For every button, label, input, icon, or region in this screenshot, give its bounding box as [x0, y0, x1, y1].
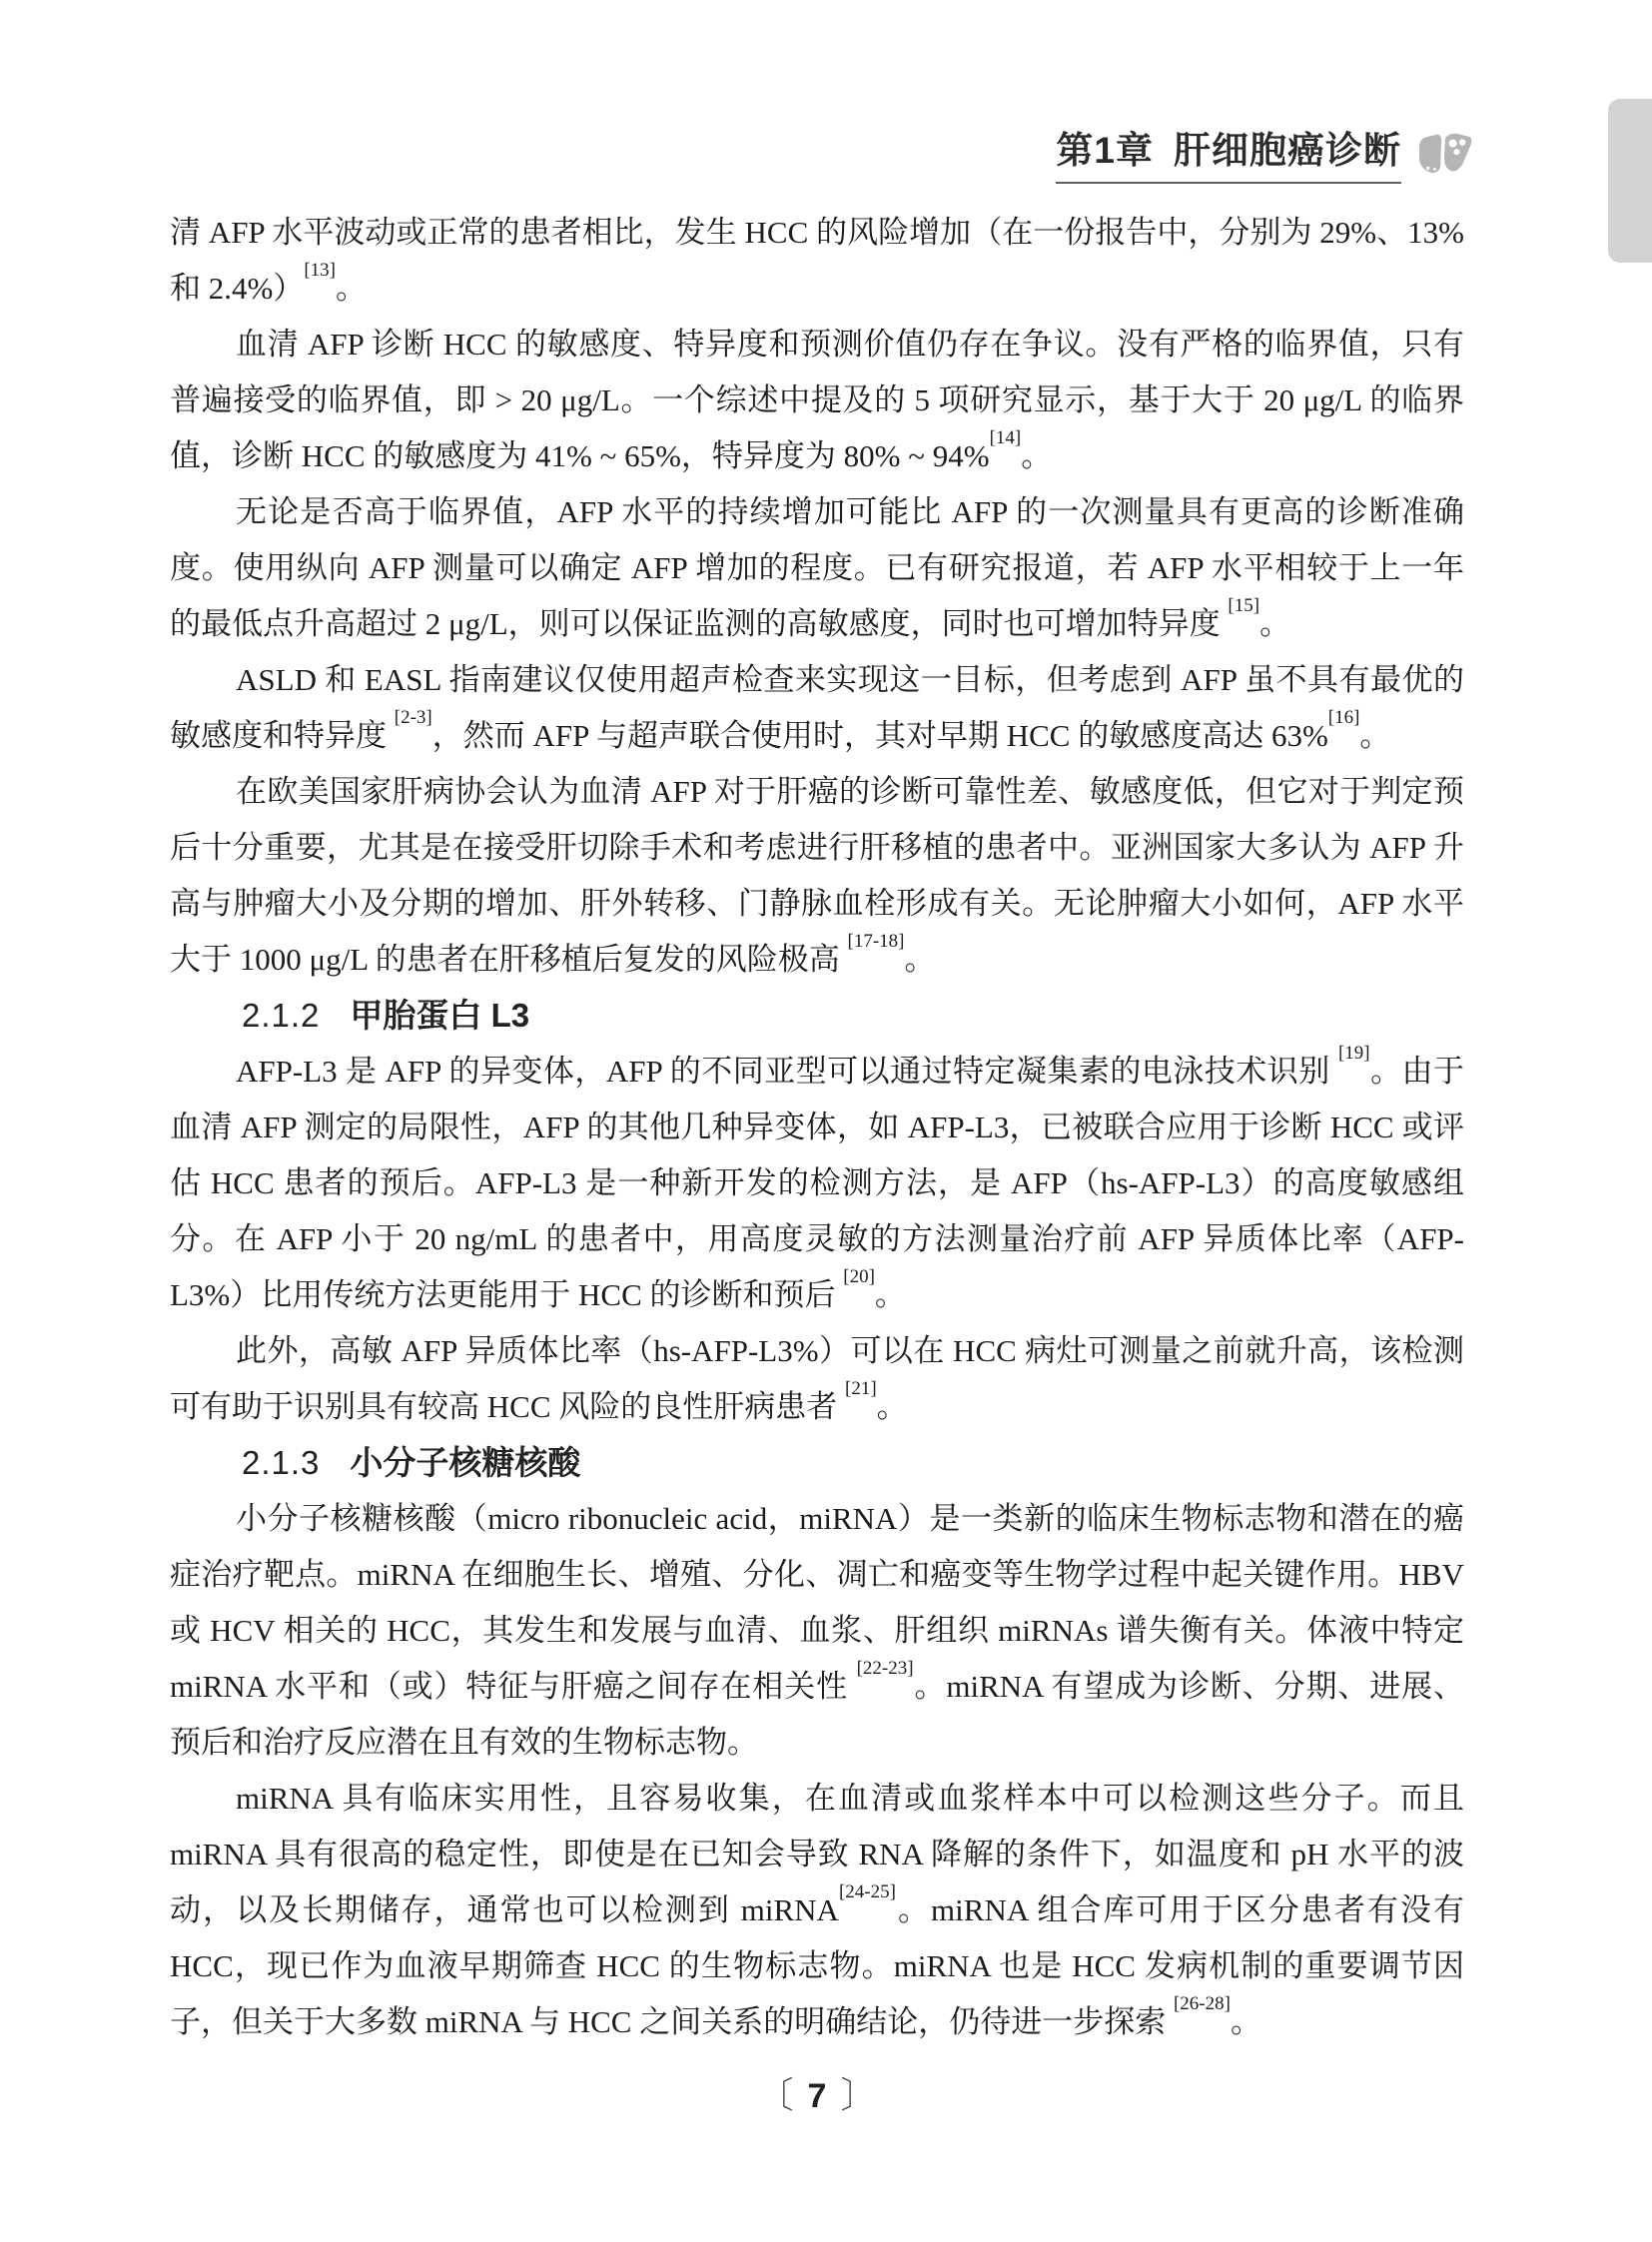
reference-superscript: [21] [845, 1378, 877, 1399]
section-heading: 2.1.3小分子核糖核酸 [170, 1435, 1464, 1491]
page-footer: 〔7〕 [170, 2067, 1464, 2118]
chapter-number: 第1章 [1056, 130, 1154, 171]
section-title: 甲胎蛋白 L3 [350, 997, 529, 1034]
body-paragraph: ASLD 和 EASL 指南建议仅使用超声检查来实现这一目标，但考虑到 AFP … [170, 652, 1464, 764]
body-paragraph: 无论是否高于临界值，AFP 水平的持续增加可能比 AFP 的一次测量具有更高的诊… [170, 484, 1464, 652]
section-number: 2.1.2 [242, 997, 320, 1034]
body-paragraph: 在欧美国家肝病协会认为血清 AFP 对于肝癌的诊断可靠性差、敏感度低，但它对于判… [170, 764, 1464, 988]
body-paragraph: 血清 AFP 诊断 HCC 的敏感度、特异度和预测价值仍存在争议。没有严格的临界… [170, 317, 1464, 484]
page-body: 清 AFP 水平波动或正常的患者相比，发生 HCC 的风险增加（在一份报告中，分… [170, 205, 1464, 2050]
chapter-title-underline [1056, 182, 1401, 184]
page-number-left-bracket: 〔 [758, 2075, 794, 2115]
body-paragraph: miRNA 具有临床实用性，且容易收集，在血清或血浆样本中可以检测这些分子。而且… [170, 1771, 1464, 2050]
book-page: 第1章肝细胞癌诊断 清 AFP 水平波动或正常的患者相比，发生 HCC 的风险增… [0, 0, 1652, 2242]
body-paragraph: 小分子核糖核酸（micro ribonucleic acid，miRNA）是一类… [170, 1491, 1464, 1771]
liver-icon [1415, 132, 1473, 183]
reference-superscript: [2-3] [395, 707, 432, 728]
reference-superscript: [20] [843, 1266, 875, 1287]
chapter-header: 第1章肝细胞癌诊断 [1056, 128, 1473, 184]
reference-superscript: [17-18] [848, 931, 905, 952]
reference-superscript: [15] [1228, 595, 1259, 616]
reference-superscript: [19] [1338, 1043, 1370, 1064]
page-number-right-bracket: 〕 [840, 2075, 876, 2115]
chapter-thumb-tab [1608, 99, 1652, 263]
chapter-title-block: 第1章肝细胞癌诊断 [1056, 128, 1401, 184]
section-number: 2.1.3 [242, 1444, 320, 1481]
section-title: 小分子核糖核酸 [350, 1444, 580, 1481]
reference-superscript: [16] [1328, 707, 1360, 728]
reference-superscript: [26-28] [1174, 1993, 1231, 2014]
page-number: 7 [808, 2077, 827, 2115]
reference-superscript: [13] [304, 260, 336, 281]
section-heading: 2.1.2甲胎蛋白 L3 [170, 988, 1464, 1044]
reference-superscript: [22-23] [857, 1658, 914, 1679]
reference-superscript: [14] [990, 427, 1022, 448]
chapter-title: 肝细胞癌诊断 [1174, 130, 1401, 171]
reference-superscript: [24-25] [839, 1881, 896, 1902]
body-paragraph: 清 AFP 水平波动或正常的患者相比，发生 HCC 的风险增加（在一份报告中，分… [170, 205, 1464, 317]
body-paragraph: 此外，高敏 AFP 异质体比率（hs-AFP-L3%）可以在 HCC 病灶可测量… [170, 1323, 1464, 1435]
body-paragraph: AFP-L3 是 AFP 的异变体，AFP 的不同亚型可以通过特定凝集素的电泳技… [170, 1044, 1464, 1323]
